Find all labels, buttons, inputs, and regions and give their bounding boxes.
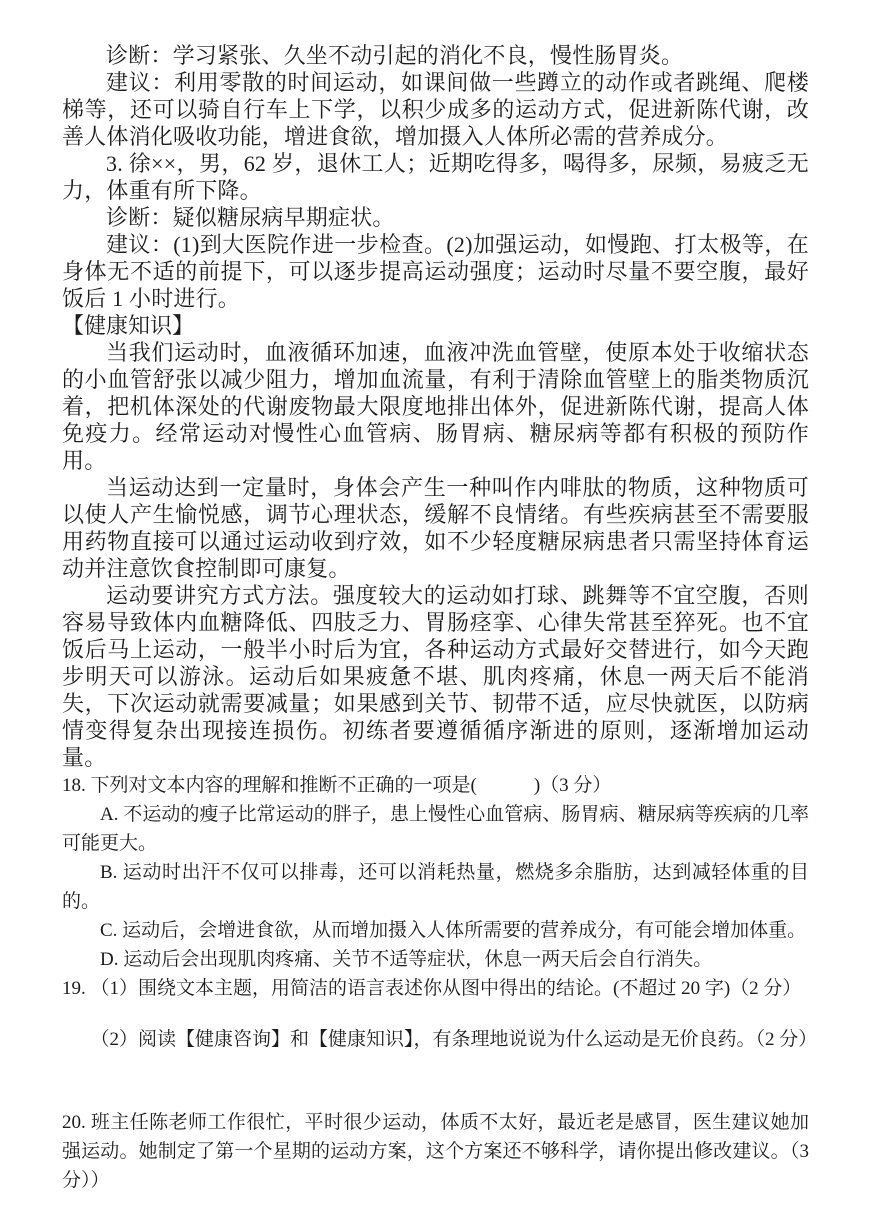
question-18-option-b: B. 运动时出汗不仅可以排毒，还可以消耗热量，燃烧多余脂肪，达到减轻体重的目的。 <box>62 858 809 916</box>
question-18-option-a: A. 不运动的瘦子比常运动的胖子，患上慢性心血管病、肠胃病、糖尿病等疾病的几率可… <box>62 800 809 858</box>
question-18: 18. 下列对文本内容的理解和推断不正确的一项是( )（3 分） <box>62 771 809 800</box>
question-18-option-d: D. 运动后会出现肌肉疼痛、关节不适等症状，休息一两天后会自行消失。 <box>62 945 809 974</box>
paragraph-knowledge-3: 运动要讲究方式方法。强度较大的运动如打球、跳舞等不宜空腹，否则容易导致体内血糖降… <box>62 582 809 771</box>
question-19-part-2: （2）阅读【健康咨询】和【健康知识】，有条理地说说为什么运动是无价良药。（2 分… <box>62 1025 809 1054</box>
page-content: 诊断：学习紧张、久坐不动引起的消化不良，慢性肠胃炎。 建议：利用零散的时间运动，… <box>0 0 869 1228</box>
paragraph-advice-1: 建议：利用零散的时间运动，如课间做一些蹲立的动作或者跳绳、爬楼梯等，还可以骑自行… <box>62 69 809 150</box>
answer-space-19-1 <box>62 1003 809 1025</box>
paragraph-diagnosis-2: 诊断：疑似糖尿病早期症状。 <box>62 204 809 231</box>
paragraph-case-3: 3. 徐××，男，62 岁，退休工人；近期吃得多，喝得多，尿频，易疲乏无力，体重… <box>62 150 809 204</box>
section-heading-health-knowledge: 【健康知识】 <box>62 312 809 339</box>
question-20: 20. 班主任陈老师工作很忙，平时很少运动，体质不太好，最近老是感冒，医生建议她… <box>62 1108 809 1195</box>
paragraph-advice-2: 建议：(1)到大医院作进一步检查。(2)加强运动，如慢跑、打太极等，在身体无不适… <box>62 231 809 312</box>
paragraph-knowledge-1: 当我们运动时，血液循环加速，血液冲洗血管壁，使原本处于收缩状态的小血管舒张以减少… <box>62 339 809 474</box>
exam-document-page: 诊断：学习紧张、久坐不动引起的消化不良，慢性肠胃炎。 建议：利用零散的时间运动，… <box>0 0 869 1228</box>
answer-space-19-2 <box>62 1054 809 1108</box>
question-19-part-1: 19. （1）围绕文本主题，用简洁的语言表述你从图中得出的结论。(不超过 20 … <box>62 974 809 1003</box>
paragraph-diagnosis-1: 诊断：学习紧张、久坐不动引起的消化不良，慢性肠胃炎。 <box>62 42 809 69</box>
paragraph-knowledge-2: 当运动达到一定量时，身体会产生一种叫作内啡肽的物质，这种物质可以使人产生愉悦感，… <box>62 474 809 582</box>
question-18-option-c: C. 运动后，会增进食欲，从而增加摄入人体所需要的营养成分，有可能会增加体重。 <box>62 916 809 945</box>
